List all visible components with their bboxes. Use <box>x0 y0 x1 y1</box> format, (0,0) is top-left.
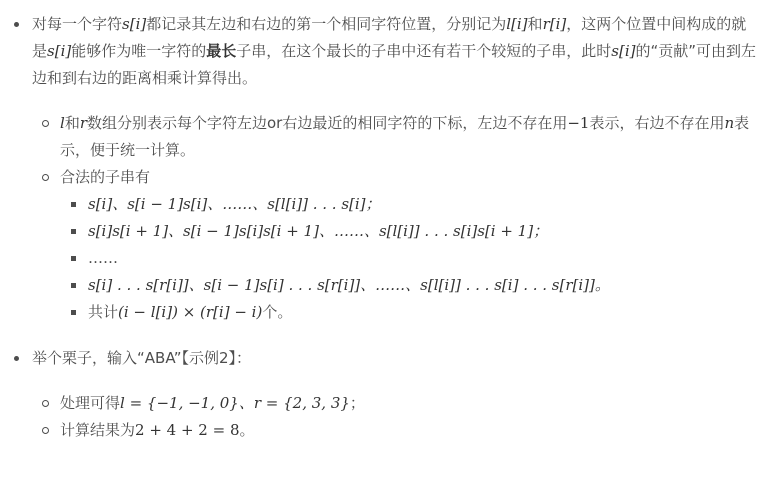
text: 举个栗子，输入“ABA”【示例2】： <box>32 349 251 367</box>
list-item-arrays: l和r数组分别表示每个字符左边or右边最近的相同字符的下标，左边不存在用−1表示… <box>0 110 758 164</box>
square-bullet-icon <box>71 310 76 315</box>
substring-item: s[i] . . . s[r[i]]、s[i − 1]s[i] . . . s[… <box>0 272 752 299</box>
text: 子串，在这个最长的子串中还有若干个较短的子串，此时 <box>236 42 611 60</box>
math-si: s[i] <box>122 15 146 33</box>
text: 都记录其左边和右边的第一个相同字符位置，分别记为 <box>146 15 506 33</box>
math-expression: 2 + 4 + 2 = 8 <box>135 421 240 439</box>
math-si: s[i] <box>47 42 71 60</box>
square-bullet-icon <box>71 229 76 234</box>
text: 对每一个字符 <box>32 15 122 33</box>
math-ri: r[i] <box>543 15 567 33</box>
document-body: 对每一个字符s[i]都记录其左边和右边的第一个相同字符位置，分别记为l[i]和r… <box>0 0 766 444</box>
circle-bullet-icon <box>42 120 49 127</box>
circle-bullet-icon <box>42 174 49 181</box>
text: 和 <box>528 15 543 33</box>
text: 和 <box>65 114 80 132</box>
list-item-explanation: 对每一个字符s[i]都记录其左边和右边的第一个相同字符位置，分别记为l[i]和r… <box>0 11 766 326</box>
square-bullet-icon <box>71 283 76 288</box>
text: 个。 <box>262 303 292 321</box>
math-si: s[i] <box>611 42 635 60</box>
bold-text: 最长 <box>206 42 236 60</box>
math-neg1: −1 <box>567 114 589 132</box>
math-expression: s[i]、s[i − 1]s[i]、……、s[l[i]] . . . s[i]； <box>88 195 381 213</box>
text: 计算结果为 <box>60 421 135 439</box>
list-item-example: 举个栗子，输入“ABA”【示例2】： 处理可得l = {−1, −1, 0}、r… <box>0 345 766 444</box>
text: 数组分别表示每个字符左边or右边最近的相同字符的下标，左边不存在用 <box>87 114 567 132</box>
substring-list: s[i]、s[i − 1]s[i]、……、s[l[i]] . . . s[i]；… <box>0 191 752 326</box>
text: 处理可得 <box>60 394 120 412</box>
text: 共计 <box>88 303 118 321</box>
math-expression: s[i]s[i + 1]、s[i − 1]s[i]s[i + 1]、……、s[l… <box>88 222 548 240</box>
math-n: n <box>725 114 735 132</box>
list-item-valid-substrings: 合法的子串有 s[i]、s[i − 1]s[i]、……、s[l[i]] . . … <box>0 164 758 326</box>
sub-list: l和r数组分别表示每个字符左边or右边最近的相同字符的下标，左边不存在用−1表示… <box>0 110 758 326</box>
math-expression: s[i] . . . s[r[i]]、s[i − 1]s[i] . . . s[… <box>88 276 610 294</box>
substring-item: s[i]、s[i − 1]s[i]、……、s[l[i]] . . . s[i]； <box>0 191 752 218</box>
disc-bullet-icon <box>14 356 19 361</box>
math-expression: (i − l[i]) × (r[i] − i) <box>118 303 262 321</box>
text: 合法的子串有 <box>60 168 150 186</box>
text: ； <box>350 394 365 412</box>
text: 。 <box>240 421 255 439</box>
text: 表示，右边不存在用 <box>589 114 724 132</box>
list-item-processed: 处理可得l = {−1, −1, 0}、r = {2, 3, 3}； <box>0 390 758 417</box>
circle-bullet-icon <box>42 427 49 434</box>
substring-item: …… <box>0 245 752 272</box>
square-bullet-icon <box>71 256 76 261</box>
example-sub-list: 处理可得l = {−1, −1, 0}、r = {2, 3, 3}； 计算结果为… <box>0 390 758 444</box>
disc-bullet-icon <box>14 22 19 27</box>
circle-bullet-icon <box>42 400 49 407</box>
list-item-result: 计算结果为2 + 4 + 2 = 8。 <box>0 417 758 444</box>
substring-item: s[i]s[i + 1]、s[i − 1]s[i]s[i + 1]、……、s[l… <box>0 218 752 245</box>
top-list: 对每一个字符s[i]都记录其左边和右边的第一个相同字符位置，分别记为l[i]和r… <box>0 11 766 444</box>
text: 能够作为唯一字符的 <box>71 42 206 60</box>
substring-count-item: 共计(i − l[i]) × (r[i] − i)个。 <box>0 299 752 326</box>
square-bullet-icon <box>71 202 76 207</box>
math-r: r <box>80 114 87 132</box>
ellipsis-text: …… <box>88 249 118 267</box>
math-expression: l = {−1, −1, 0}、r = {2, 3, 3} <box>120 394 350 412</box>
math-li: l[i] <box>506 15 527 33</box>
